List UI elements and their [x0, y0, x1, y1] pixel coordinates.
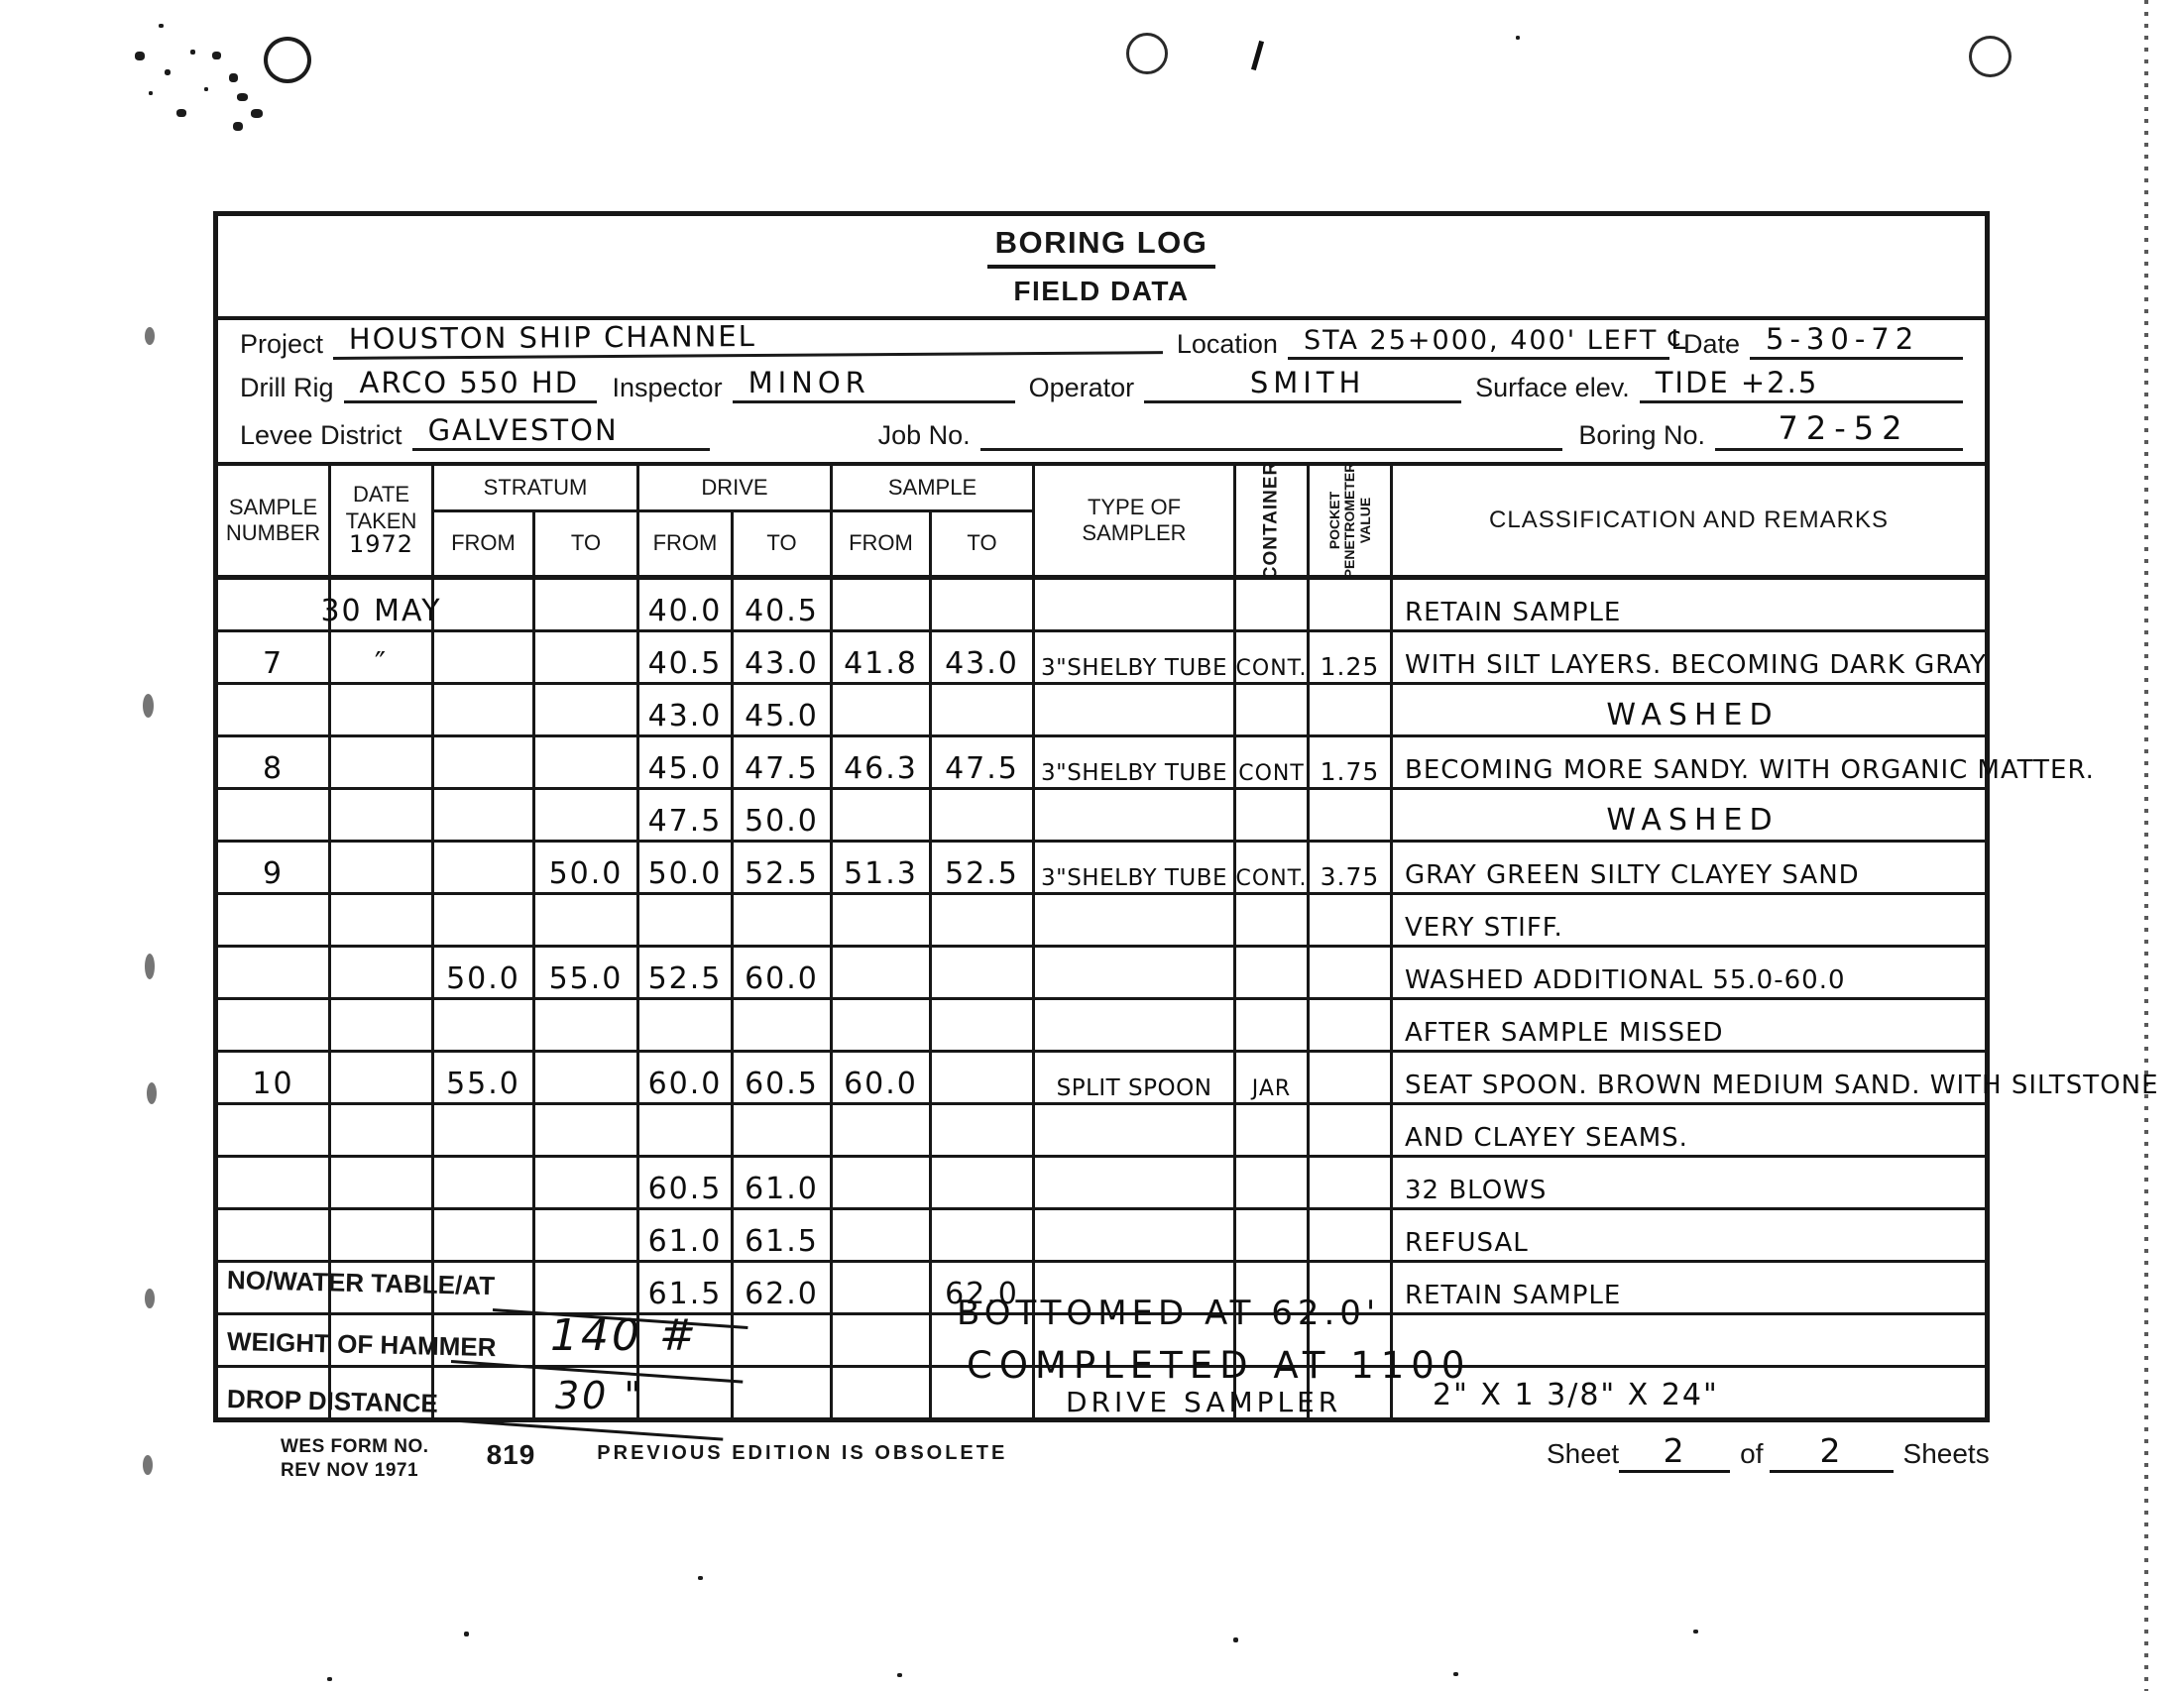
- cell-sampler: SPLIT SPOON: [1035, 1053, 1236, 1102]
- cell-sample-to: [932, 948, 1035, 997]
- header-sample-to: TO: [932, 512, 1035, 575]
- cell-stratum-to: 50.0: [535, 843, 639, 892]
- cell-stratum-to: [535, 737, 639, 787]
- cell-container: [1236, 895, 1310, 945]
- cell-date: [331, 1105, 434, 1155]
- cell-sampler: [1035, 790, 1236, 840]
- scanned-boring-log-page: { "page": { "title": "BORING LOG", "subt…: [0, 0, 2184, 1691]
- drill-rig-label: Drill Rig: [240, 373, 344, 403]
- cell-drive-from: [639, 895, 734, 945]
- form-number: 819: [487, 1439, 536, 1471]
- header-sample-number: SAMPLE NUMBER: [218, 466, 331, 575]
- cell-sampler: 3"SHELBY TUBE: [1035, 843, 1236, 892]
- cell-sample-to: 47.5: [932, 737, 1035, 787]
- cell-drive-from: 61.0: [639, 1210, 734, 1260]
- cell-stratum-from: 50.0: [434, 948, 535, 997]
- cell-drive-from: [639, 1000, 734, 1050]
- cell-sample-from: [833, 895, 932, 945]
- sheet-counter: Sheet 2 of 2 Sheets: [1547, 1431, 1990, 1473]
- header-classification: CLASSIFICATION AND REMARKS: [1393, 466, 1985, 575]
- cell-drive-from: 40.0: [639, 580, 734, 629]
- cell-stratum-from: [434, 843, 535, 892]
- cell-sample-from: 60.0: [833, 1053, 932, 1102]
- job-no-label: Job No.: [878, 420, 980, 451]
- form-title: BORING LOG: [987, 225, 1216, 269]
- header-drive-to: TO: [734, 512, 833, 575]
- boring-no-label: Boring No.: [1578, 420, 1715, 451]
- drop-distance-stamp: DROP DISTANCE: [227, 1384, 438, 1419]
- header-pocket-penetrometer: POCKET PENETROMETER VALUE: [1310, 466, 1393, 575]
- header-date-taken-year: 1972: [349, 530, 413, 559]
- cell-date: [331, 1053, 434, 1102]
- table-row: 61.061.5REFUSAL: [218, 1207, 1985, 1260]
- cell-sample-from: 41.8: [833, 632, 932, 682]
- cell-pocket: 3.75: [1310, 843, 1393, 892]
- cell-date: [331, 1210, 434, 1260]
- cell-drive-from: 45.0: [639, 737, 734, 787]
- levee-district-value: GALVESTON: [412, 413, 710, 451]
- cell-sample-to: 52.5: [932, 843, 1035, 892]
- header-sample-from: FROM: [833, 512, 932, 575]
- cell-sample-to: [932, 790, 1035, 840]
- cell-stratum-to: 55.0: [535, 948, 639, 997]
- cell-sample-to: [932, 685, 1035, 734]
- cell-stratum-from: [434, 580, 535, 629]
- cell-remarks: WASHED: [1393, 685, 1985, 734]
- cell-sampler: [1035, 948, 1236, 997]
- cell-pocket: [1310, 685, 1393, 734]
- operator-label: Operator: [1029, 373, 1145, 403]
- cell-remarks: RETAIN SAMPLE: [1393, 1263, 1985, 1312]
- cell-sampler: 3"SHELBY TUBE: [1035, 737, 1236, 787]
- cell-container: [1236, 1000, 1310, 1050]
- cell-date: [331, 948, 434, 997]
- header-container-label: CONTAINER: [1260, 461, 1283, 581]
- cell-drive-to: 45.0: [734, 685, 833, 734]
- sheets-total-value: 2: [1770, 1431, 1894, 1473]
- cell-container: CONT.: [1236, 843, 1310, 892]
- cell-stratum-from: [434, 632, 535, 682]
- cell-drive-to: 61.5: [734, 1210, 833, 1260]
- cell-sampler: 3"SHELBY TUBE: [1035, 632, 1236, 682]
- of-label: of: [1740, 1438, 1763, 1473]
- cell-sample-from: [833, 1368, 932, 1417]
- cell-stratum-to: [535, 580, 639, 629]
- info-row-1: Project HOUSTON SHIP CHANNEL Location ST…: [240, 322, 1963, 366]
- completed-at-note: COMPLETED AT 1100: [967, 1344, 1471, 1387]
- cell-sample-no: [218, 1210, 331, 1260]
- cell-sample-from: [833, 1210, 932, 1260]
- cell-sample-no: [218, 1000, 331, 1050]
- cell-container: [1236, 1210, 1310, 1260]
- table-row: 1055.060.060.560.0SPLIT SPOONJARSEAT SPO…: [218, 1050, 1985, 1102]
- cell-sample-from: [833, 790, 932, 840]
- cell-remarks: [1393, 1315, 1985, 1365]
- cell-stratum-from: [434, 1368, 535, 1417]
- cell-date: [331, 790, 434, 840]
- cell-stratum-from: 55.0: [434, 1053, 535, 1102]
- table-row: 47.550.0WASHED: [218, 787, 1985, 840]
- cell-container: JAR: [1236, 1053, 1310, 1102]
- cell-drive-to: 50.0: [734, 790, 833, 840]
- cell-stratum-to: [535, 1105, 639, 1155]
- cell-drive-from: 43.0: [639, 685, 734, 734]
- cell-sample-from: [833, 1000, 932, 1050]
- cell-sample-no: [218, 895, 331, 945]
- cell-sample-no: [218, 685, 331, 734]
- pen-slash-mark: [1251, 41, 1264, 70]
- obsolete-note: PREVIOUS EDITION IS OBSOLETE: [597, 1442, 1007, 1465]
- cell-stratum-from: [434, 685, 535, 734]
- inspector-value: MINOR: [733, 366, 1015, 403]
- cell-stratum-to: [535, 1000, 639, 1050]
- table-row: AND CLAYEY SEAMS.: [218, 1102, 1985, 1155]
- cell-container: CONT.: [1236, 632, 1310, 682]
- cell-remarks: REFUSAL: [1393, 1210, 1985, 1260]
- cell-remarks: AND CLAYEY SEAMS.: [1393, 1105, 1985, 1155]
- weight-of-hammer-stamp: WEIGHT OF HAMMER: [227, 1326, 497, 1363]
- cell-sampler: [1035, 685, 1236, 734]
- table-row: 60.561.032 BLOWS: [218, 1155, 1985, 1207]
- drop-distance-value: 30 ": [555, 1374, 644, 1417]
- cell-container: CONT: [1236, 737, 1310, 787]
- header-drive: DRIVE: [639, 466, 833, 512]
- cell-drive-to: 52.5: [734, 843, 833, 892]
- cell-stratum-from: [434, 1210, 535, 1260]
- cell-container: [1236, 1105, 1310, 1155]
- cell-drive-from: 60.0: [639, 1053, 734, 1102]
- cell-sample-no: [218, 1105, 331, 1155]
- cell-drive-from: 40.5: [639, 632, 734, 682]
- drill-rig-value: ARCO 550 HD: [344, 366, 597, 403]
- cell-pocket: [1310, 580, 1393, 629]
- sheet-label: Sheet: [1547, 1438, 1619, 1473]
- cell-sample-from: [833, 1158, 932, 1207]
- cell-remarks: AFTER SAMPLE MISSED: [1393, 1000, 1985, 1050]
- cell-pocket: 1.75: [1310, 737, 1393, 787]
- cell-remarks: RETAIN SAMPLE: [1393, 580, 1985, 629]
- cell-sampler: [1035, 1158, 1236, 1207]
- cell-drive-from: [639, 1105, 734, 1155]
- cell-drive-to: [734, 1105, 833, 1155]
- cell-container: [1236, 1158, 1310, 1207]
- cell-date: [331, 895, 434, 945]
- cell-pocket: 1.25: [1310, 632, 1393, 682]
- cell-stratum-to: [535, 1263, 639, 1312]
- cell-sample-to: [932, 1105, 1035, 1155]
- form-number-label: WES FORM NO. REV NOV 1971: [281, 1435, 429, 1483]
- info-section: Project HOUSTON SHIP CHANNEL Location ST…: [218, 320, 1985, 466]
- cell-stratum-to: [535, 1210, 639, 1260]
- cell-drive-to: 60.0: [734, 948, 833, 997]
- cell-pocket: [1310, 895, 1393, 945]
- weight-of-hammer-value: 140 #: [550, 1310, 699, 1361]
- sheet-value: 2: [1619, 1431, 1730, 1473]
- cell-stratum-from: [434, 737, 535, 787]
- cell-stratum-to: [535, 1053, 639, 1102]
- cell-date: [331, 843, 434, 892]
- surface-elev-label: Surface elev.: [1475, 373, 1640, 403]
- cell-stratum-to: [535, 1158, 639, 1207]
- cell-drive-from: 52.5: [639, 948, 734, 997]
- cell-stratum-to: [535, 790, 639, 840]
- cell-remarks: WITH SILT LAYERS. BECOMING DARK GRAY: [1393, 632, 1985, 682]
- table-row: 950.050.052.551.352.53"SHELBY TUBECONT.3…: [218, 840, 1985, 892]
- cell-container: [1236, 580, 1310, 629]
- cell-pocket: [1310, 948, 1393, 997]
- cell-sample-from: [833, 1263, 932, 1312]
- date-label: Date: [1683, 329, 1750, 360]
- bottomed-at-note: BOTTOMED AT 62.0': [957, 1294, 1380, 1333]
- project-label: Project: [240, 329, 333, 360]
- cell-remarks: WASHED ADDITIONAL 55.0-60.0: [1393, 948, 1985, 997]
- cell-sampler: [1035, 1105, 1236, 1155]
- table-row: 7″40.543.041.843.03"SHELBY TUBECONT.1.25…: [218, 629, 1985, 682]
- cell-sample-to: [932, 1158, 1035, 1207]
- form-subtitle: FIELD DATA: [1013, 276, 1189, 307]
- cell-container: [1236, 948, 1310, 997]
- cell-date: 30 MAY: [331, 580, 434, 629]
- cell-drive-to: 40.5: [734, 580, 833, 629]
- cell-drive-from: 47.5: [639, 790, 734, 840]
- cell-drive-to: [734, 1000, 833, 1050]
- table-row: 43.045.0WASHED: [218, 682, 1985, 734]
- cell-drive-to: 61.0: [734, 1158, 833, 1207]
- cell-sample-no: [218, 948, 331, 997]
- water-table-stamp: NO/WATER TABLE/AT: [227, 1265, 496, 1301]
- cell-pocket: [1310, 1000, 1393, 1050]
- perforation-dots: [2144, 0, 2148, 1691]
- header-sample: SAMPLE: [833, 466, 1035, 512]
- cell-drive-from: 61.5: [639, 1263, 734, 1312]
- cell-sample-no: [218, 790, 331, 840]
- cell-pocket: [1310, 790, 1393, 840]
- cell-sample-from: [833, 580, 932, 629]
- job-no-value: [980, 447, 1563, 451]
- cell-sample-from: [833, 948, 932, 997]
- levee-district-label: Levee District: [240, 420, 412, 451]
- header-date-taken: DATE TAKEN 1972: [331, 466, 434, 575]
- header-pocket-penetrometer-label: POCKET PENETROMETER VALUE: [1326, 463, 1372, 579]
- cell-drive-to: 43.0: [734, 632, 833, 682]
- cell-sample-no: [218, 580, 331, 629]
- table-header: SAMPLE NUMBER DATE TAKEN 1972 STRATUM FR…: [218, 466, 1985, 580]
- cell-sample-no: 7: [218, 632, 331, 682]
- cell-drive-from: 50.0: [639, 843, 734, 892]
- table-row: 845.047.546.347.53"SHELBY TUBECONT1.75BE…: [218, 734, 1985, 787]
- cell-sample-to: [932, 1000, 1035, 1050]
- cell-drive-to: [734, 895, 833, 945]
- cell-drive-to: [734, 1315, 833, 1365]
- header-type-of-sampler: TYPE OF SAMPLER: [1035, 466, 1236, 575]
- cell-sample-to: [932, 1210, 1035, 1260]
- cell-remarks: SEAT SPOON. BROWN MEDIUM SAND. WITH SILT…: [1393, 1053, 1985, 1102]
- cell-drive-to: [734, 1368, 833, 1417]
- cell-drive-to: 60.5: [734, 1053, 833, 1102]
- cell-sample-no: 9: [218, 843, 331, 892]
- cell-sample-no: 8: [218, 737, 331, 787]
- cell-stratum-from: [434, 895, 535, 945]
- cell-drive-to: 47.5: [734, 737, 833, 787]
- cell-sampler: [1035, 1210, 1236, 1260]
- cell-sample-to: 43.0: [932, 632, 1035, 682]
- header-drive-from: FROM: [639, 512, 734, 575]
- punch-hole-left: [264, 37, 311, 83]
- cell-pocket: [1310, 1158, 1393, 1207]
- footer-left: WES FORM NO. REV NOV 1971 819 PREVIOUS E…: [281, 1435, 1007, 1483]
- cell-remarks: 32 BLOWS: [1393, 1158, 1985, 1207]
- cell-remarks: BECOMING MORE SANDY. WITH ORGANIC MATTER…: [1393, 737, 1985, 787]
- cell-sampler: [1035, 895, 1236, 945]
- cell-sample-to: [932, 580, 1035, 629]
- date-value: 5-30-72: [1750, 322, 1963, 360]
- cell-stratum-from: [434, 1000, 535, 1050]
- header-container: CONTAINER: [1236, 466, 1310, 575]
- cell-stratum-to: [535, 895, 639, 945]
- cell-sample-from: 51.3: [833, 843, 932, 892]
- cell-stratum-to: [535, 632, 639, 682]
- cell-stratum-from: [434, 1158, 535, 1207]
- inspector-label: Inspector: [613, 373, 733, 403]
- surface-elev-value: TIDE +2.5: [1640, 366, 1963, 403]
- cell-date: ″: [331, 632, 434, 682]
- cell-drive-from: 60.5: [639, 1158, 734, 1207]
- header-stratum-from: FROM: [434, 512, 535, 575]
- location-label: Location: [1177, 329, 1288, 360]
- cell-sample-from: [833, 685, 932, 734]
- cell-stratum-from: [434, 790, 535, 840]
- punch-hole-center: [1126, 33, 1168, 74]
- operator-value: SMITH: [1144, 366, 1461, 403]
- cell-sample-to: [932, 895, 1035, 945]
- cell-sample-from: 46.3: [833, 737, 932, 787]
- cell-date: [331, 685, 434, 734]
- cell-sample-to: [932, 1053, 1035, 1102]
- info-row-3: Levee District GALVESTON Job No. Boring …: [240, 409, 1963, 457]
- cell-stratum-from: [434, 1105, 535, 1155]
- cell-container: [1236, 685, 1310, 734]
- boring-log-form: BORING LOG FIELD DATA Project HOUSTON SH…: [213, 211, 1990, 1422]
- cell-sample-from: [833, 1105, 932, 1155]
- cell-sample-from: [833, 1315, 932, 1365]
- cell-remarks: VERY STIFF.: [1393, 895, 1985, 945]
- punch-hole-right: [1969, 36, 2012, 77]
- cell-date: [331, 1158, 434, 1207]
- table-row: 50.055.052.560.0WASHED ADDITIONAL 55.0-6…: [218, 945, 1985, 997]
- table-row: VERY STIFF.: [218, 892, 1985, 945]
- cell-sample-no: 10: [218, 1053, 331, 1102]
- title-section: BORING LOG FIELD DATA: [218, 216, 1985, 320]
- drive-sampler-note: DRIVE SAMPLER: [1066, 1386, 1341, 1418]
- header-date-taken-label: DATE TAKEN: [346, 482, 417, 534]
- table-row: 30 MAY40.040.5RETAIN SAMPLE: [218, 580, 1985, 629]
- cell-drive-to: 62.0: [734, 1263, 833, 1312]
- cell-date: [331, 1000, 434, 1050]
- cell-sampler: [1035, 1000, 1236, 1050]
- cell-sampler: [1035, 580, 1236, 629]
- cell-remarks: GRAY GREEN SILTY CLAYEY SAND: [1393, 843, 1985, 892]
- location-value: STA 25+000, 400' LEFT ℄: [1288, 325, 1669, 360]
- info-row-2: Drill Rig ARCO 550 HD Inspector MINOR Op…: [240, 366, 1963, 409]
- header-stratum: STRATUM: [434, 466, 639, 512]
- cell-stratum-to: [535, 685, 639, 734]
- cell-container: [1236, 790, 1310, 840]
- cell-pocket: [1310, 1105, 1393, 1155]
- project-value: HOUSTON SHIP CHANNEL: [333, 316, 1163, 360]
- drive-sampler-dimensions: 2" X 1 3/8" X 24": [1433, 1378, 1719, 1412]
- cell-date: [331, 737, 434, 787]
- cell-pocket: [1310, 1210, 1393, 1260]
- header-stratum-to: TO: [535, 512, 639, 575]
- sheets-label: Sheets: [1903, 1438, 1990, 1473]
- boring-no-value: 72-52: [1715, 409, 1963, 451]
- cell-sample-no: [218, 1158, 331, 1207]
- cell-pocket: [1310, 1053, 1393, 1102]
- table-row: AFTER SAMPLE MISSED: [218, 997, 1985, 1050]
- cell-remarks: WASHED: [1393, 790, 1985, 840]
